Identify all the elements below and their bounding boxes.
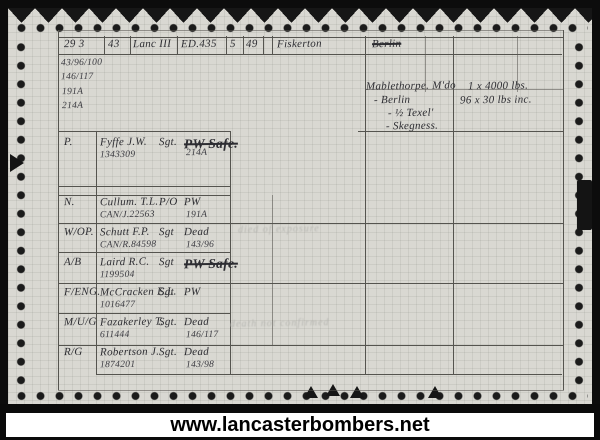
- crew-name: Fyffe J.W.: [100, 136, 147, 149]
- crew-rank: Sgt.: [159, 136, 177, 148]
- grid-line-v: [104, 36, 105, 54]
- note-line: - Skegness.: [386, 120, 438, 133]
- casualty-ref: 214A: [62, 101, 83, 111]
- punch-dots-bottom: [12, 390, 588, 402]
- crew-service-number: 611444: [100, 330, 130, 340]
- crew-role: N.: [64, 196, 75, 208]
- grid-line-v: [130, 36, 131, 54]
- crew-casualty-ref: 146/117: [186, 330, 219, 340]
- target-name: Berlin: [372, 38, 401, 50]
- grid-line-h: [58, 30, 564, 31]
- crew-status: Dead: [184, 226, 209, 238]
- crew-service-number: 1343309: [100, 150, 135, 160]
- group-number: 5: [230, 38, 236, 50]
- crew-name: Fazakerley T.: [100, 316, 164, 329]
- crew-casualty-ref: 191A: [186, 210, 207, 220]
- casualty-ref: 191A: [62, 87, 83, 97]
- edge-tooth-bottom: [428, 386, 442, 398]
- crew-service-number: CAN/J.22563: [100, 210, 155, 221]
- crew-name: Robertson J.: [100, 346, 159, 359]
- edge-tooth-bottom: [304, 386, 318, 398]
- crew-status: Dead: [184, 316, 209, 328]
- crew-role: M/U/G: [64, 316, 97, 328]
- watermark-band: www.lancasterbombers.net: [6, 413, 594, 437]
- crew-rank: Sgt: [159, 286, 174, 298]
- edge-tooth-bottom: [350, 386, 364, 398]
- film-perforation-top: [8, 8, 592, 23]
- aircraft-type: Lanc III: [133, 38, 171, 51]
- note-line: - Berlin: [374, 94, 410, 107]
- bomb-load-2: 96 x 30 lbs inc.: [460, 93, 532, 106]
- crew-status: PW: [184, 196, 201, 208]
- crew-status: PW Safe.: [184, 256, 238, 273]
- crew-row-rear-gunner: R/G Robertson J. Sgt. Dead 1874201 143/9…: [0, 346, 600, 378]
- crew-service-number: 1874201: [100, 360, 135, 370]
- crew-status: PW: [184, 286, 201, 298]
- crew-role: P.: [64, 136, 73, 148]
- date-year: 43: [108, 38, 120, 50]
- crew-rank: Sgt: [159, 256, 174, 268]
- note-line: - ½ Texel': [388, 107, 434, 120]
- scanned-record-card-page: { "watermark": { "url_text": "www.lancas…: [0, 0, 600, 440]
- grid-line-h: [58, 390, 564, 391]
- grid-line-v: [272, 36, 273, 54]
- crew-role: R/G: [64, 346, 83, 358]
- crew-rank: Sgt.: [159, 316, 177, 328]
- crew-row-air-bomber: A/B Laird R.C. Sgt PW Safe. 1199504: [0, 256, 600, 288]
- crew-role: W/OP.: [64, 226, 94, 238]
- note-line: Mablethorpe. M'do: [366, 79, 456, 92]
- crew-casualty-ref: 143/98: [186, 360, 214, 370]
- grid-line-v: [177, 36, 178, 54]
- grid-line-v: [243, 36, 244, 54]
- crew-role: A/B: [64, 256, 82, 268]
- crew-role: F/ENG.: [64, 286, 100, 299]
- crew-name: Laird R.C.: [100, 256, 150, 269]
- crew-service-number: 1199504: [100, 270, 135, 280]
- base-name: Fiskerton: [277, 38, 322, 51]
- grid-line-h: [58, 131, 230, 132]
- crew-row-flight-engineer: F/ENG. McCracken E.L. Sgt PW 1016477: [0, 286, 600, 318]
- punch-dots-top: [12, 22, 588, 34]
- casualty-ref: 43/96/100: [61, 58, 102, 69]
- squadron-number: 49: [246, 38, 258, 50]
- watermark-url: www.lancasterbombers.net: [170, 414, 429, 437]
- crew-name: Cullum. T.L.: [100, 196, 159, 209]
- crew-casualty-ref: 143/96: [186, 240, 214, 250]
- crew-casualty-ref: 214A: [186, 148, 207, 158]
- crew-status: Dead: [184, 346, 209, 358]
- aircraft-serial: ED.435: [181, 38, 217, 50]
- casualty-ref: 146/117: [61, 72, 94, 82]
- date-day-month: 29 3: [64, 38, 85, 50]
- crew-rank: Sgt.: [159, 346, 177, 358]
- pencil-annotation: death not confirmed: [230, 317, 330, 330]
- grid-line-h: [58, 54, 562, 55]
- crew-rank: Sgt: [159, 226, 174, 238]
- pencil-annotation: died of exposure: [238, 223, 320, 235]
- grid-line-v: [263, 36, 264, 54]
- bomb-load-1: 1 x 4000 lbs.: [468, 80, 528, 93]
- crew-rank: P/O: [159, 196, 178, 208]
- crew-service-number: CAN/R.84598: [100, 240, 156, 251]
- grid-line-h: [58, 186, 230, 187]
- crew-service-number: 1016477: [100, 300, 135, 310]
- crew-name: Schutt F.P.: [100, 226, 150, 239]
- crew-row-pilot: P. Fyffe J.W. Sgt. PW Safe. 1343309 214A: [0, 136, 600, 168]
- grid-line-v: [226, 36, 227, 54]
